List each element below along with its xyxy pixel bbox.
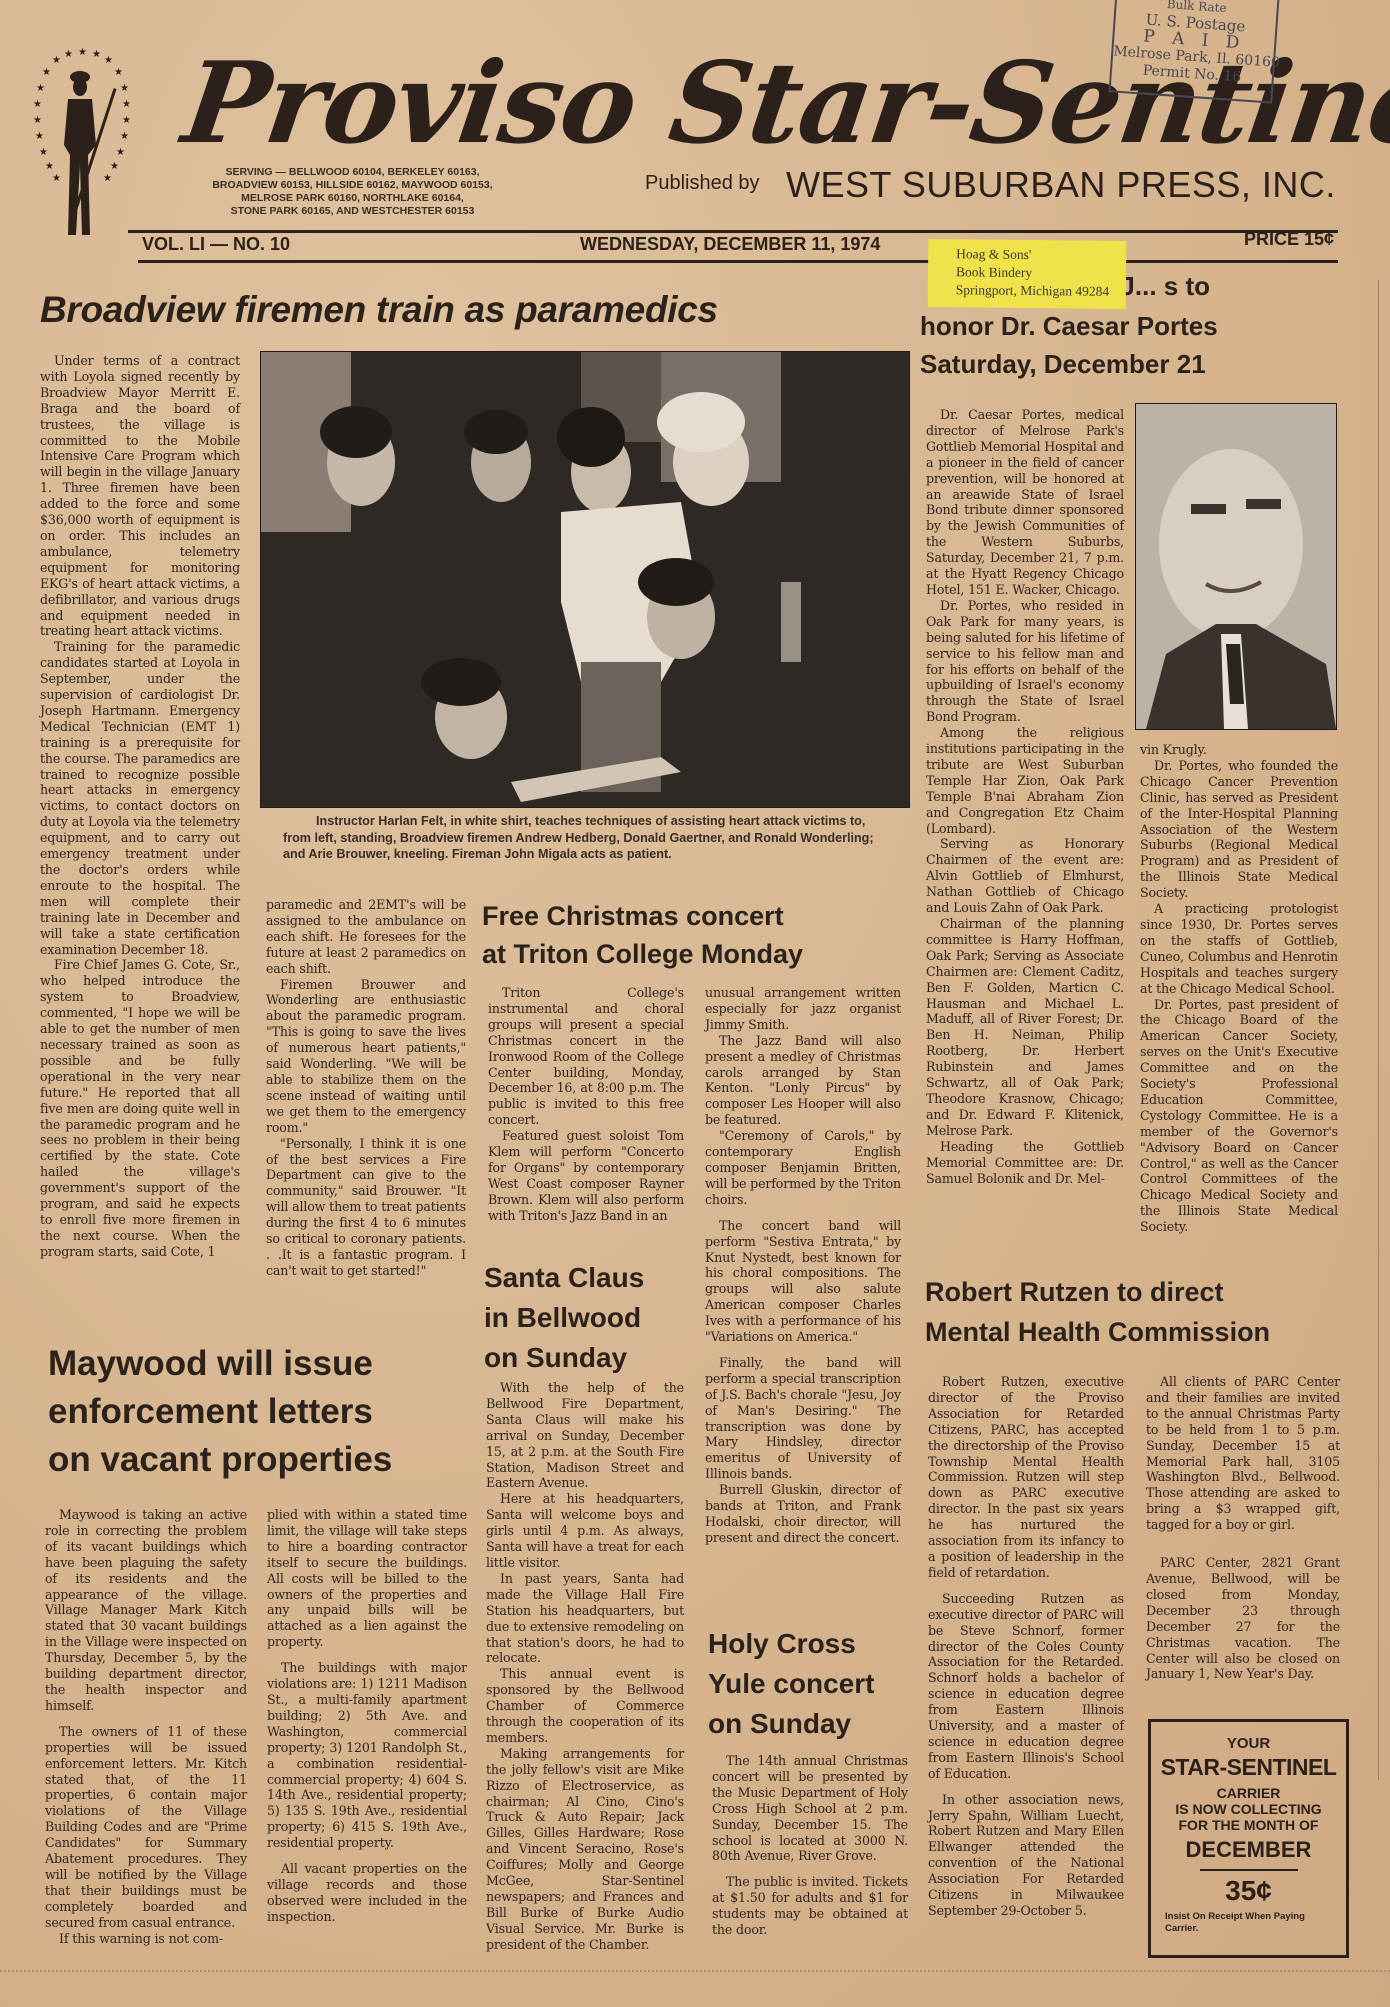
santa-body: With the help of the Bellwood Fire Depar… — [486, 1380, 684, 1953]
svg-text:★: ★ — [104, 55, 113, 66]
photo-caption-paramedics: Instructor Harlan Felt, in white shirt, … — [283, 813, 878, 863]
column-rule-right — [1378, 280, 1379, 1780]
published-by-label: Published by — [645, 172, 760, 195]
portrait-icon — [1136, 404, 1336, 729]
headline-triton-line2: at Triton College Monday — [482, 940, 803, 969]
portes-portrait-photo — [1135, 403, 1337, 730]
svg-text:★: ★ — [45, 161, 54, 172]
portes-column-2: vin Krugly. Dr. Portes, who founded the … — [1140, 742, 1338, 1235]
svg-text:★: ★ — [92, 49, 101, 60]
bindery-label: Hoag & Sons' Book Bindery Springport, Mi… — [928, 239, 1127, 309]
svg-text:★: ★ — [122, 99, 130, 110]
volume-number: VOL. LI — NO. 10 — [142, 234, 290, 255]
rutzen-column-2: Robert Rutzen, executive director of the… — [1146, 1374, 1340, 1682]
triton-column-2: unusual arrangement written especially f… — [705, 985, 901, 1546]
broadview-column-1: Under terms of a contract with Loyola si… — [40, 353, 240, 1260]
svg-text:★: ★ — [36, 83, 45, 94]
minuteman-with-stars-icon: ★★★★★ ★★ ★★ ★★ ★★ ★★ ★★ ★★ ★★ — [30, 45, 130, 245]
issue-price: PRICE 15¢ — [1244, 229, 1334, 250]
broadview-column-2: paramedic and 2EMT's will be assigned to… — [266, 897, 466, 1279]
svg-text:★: ★ — [52, 173, 61, 184]
postage-stamp: Bulk Rate U. S. Postage P A I D Melrose … — [1109, 0, 1280, 104]
headline-portes-line3: Saturday, December 21 — [920, 350, 1206, 378]
carrier-collection-ad: YOUR STAR-SENTINEL CARRIER IS NOW COLLEC… — [1148, 1719, 1349, 1958]
svg-text:★: ★ — [35, 131, 44, 142]
headline-portes-line2: honor Dr. Caesar Portes — [920, 312, 1218, 340]
bottom-perforation — [0, 1970, 1390, 1972]
maywood-column-1: Maywood is taking an active role in corr… — [45, 1507, 247, 1946]
headline-triton-line1: Free Christmas concert — [482, 902, 784, 931]
ad-divider — [1200, 1869, 1298, 1871]
svg-text:★: ★ — [120, 131, 129, 142]
svg-text:★: ★ — [122, 115, 130, 126]
publisher-name: WEST SUBURBAN PRESS, INC. — [786, 164, 1336, 206]
maywood-column-2: plied with within a stated time limit, t… — [267, 1507, 467, 1925]
portes-column-1: Dr. Caesar Portes, medical director of M… — [926, 407, 1124, 1186]
headline-santa: Santa Claus in Bellwood on Sunday — [484, 1258, 644, 1378]
headline-maywood: Maywood will issue enforcement letters o… — [48, 1340, 392, 1484]
group-photo-firemen-icon — [261, 352, 909, 807]
paramedic-training-photo — [260, 351, 910, 808]
headline-rutzen: Robert Rutzen to direct Mental Health Co… — [925, 1272, 1270, 1352]
masthead-rule-top — [128, 230, 1338, 233]
holy-cross-body: The 14th annual Christmas concert will b… — [712, 1753, 908, 1938]
svg-text:★: ★ — [33, 99, 42, 110]
rutzen-column-1: Robert Rutzen, executive director of the… — [928, 1374, 1124, 1919]
triton-column-1: Triton College's instrumental and choral… — [488, 985, 684, 1224]
svg-text:★: ★ — [52, 55, 61, 66]
headline-broadview: Broadview firemen train as paramedics — [40, 290, 718, 330]
svg-text:★: ★ — [42, 67, 51, 78]
issue-date: WEDNESDAY, DECEMBER 11, 1974 — [580, 234, 880, 255]
svg-text:★: ★ — [78, 47, 87, 58]
headline-holy-cross: Holy Cross Yule concert on Sunday — [708, 1624, 875, 1744]
svg-text:★: ★ — [114, 67, 123, 78]
svg-text:★: ★ — [39, 147, 48, 158]
svg-text:★: ★ — [110, 161, 119, 172]
svg-text:★: ★ — [64, 49, 73, 60]
masthead-rule-bottom — [138, 260, 1338, 263]
svg-text:★: ★ — [116, 147, 125, 158]
svg-text:★: ★ — [33, 115, 42, 126]
svg-text:★: ★ — [103, 173, 112, 184]
serving-area-list: SERVING — BELLWOOD 60104, BERKELEY 60163… — [175, 166, 530, 218]
svg-text:★: ★ — [120, 83, 129, 94]
